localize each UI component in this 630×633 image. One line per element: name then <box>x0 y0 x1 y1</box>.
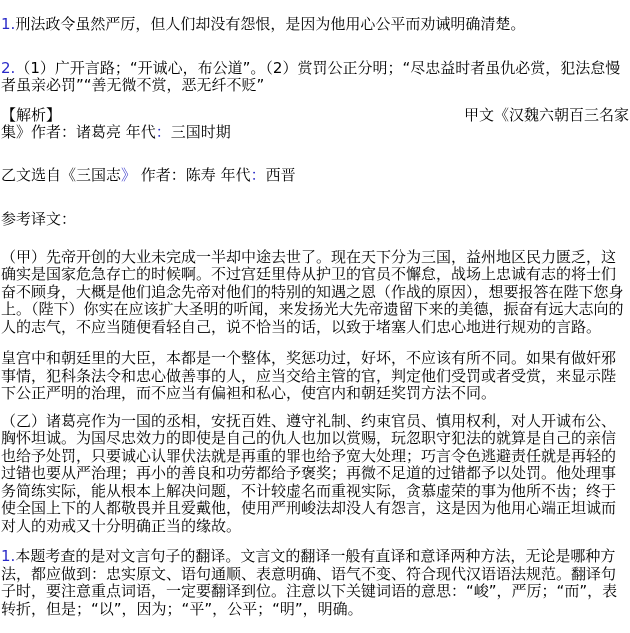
answer-1-number: 1. <box>1 15 15 33</box>
explanation-number: 1. <box>1 547 15 565</box>
document-page: 1.刑法政令虽然严厉，但人们却没有怨恨，是因为他用心公平而劝诫明确清楚。 2.（… <box>0 16 629 618</box>
analysis-label: 【解析】 <box>1 107 61 125</box>
jia-source-title-part1: 甲文《汉魏六朝百三名家 <box>464 107 629 125</box>
answer-item-2: 2.（1）广开言路；“开诚心，布公道”。（2）赏罚公正分明；“尽忠益时者虽仇必赏… <box>1 60 629 95</box>
jia-source-title-part2: 集》作者：诸葛亮 年代 <box>1 123 156 141</box>
translation-para-palace: 皇宫中和朝廷里的大臣，本都是一个整体，奖惩功过，好坏，不应该有所不同。如果有做奸… <box>1 350 629 403</box>
explanation-para: 1.本题考查的是对文言句子的翻译。文言文的翻译一般有直译和意译两种方法，无论是哪… <box>1 548 629 618</box>
translation-para-jia: （甲）先帝开创的大业未完成一半却中途去世了。现在天下分为三国，益州地区民力匮乏，… <box>1 249 629 337</box>
yi-era-colon: ： <box>251 166 266 184</box>
yi-era-value: 西晋 <box>266 166 296 184</box>
explanation-text: 本题考查的是对文言句子的翻译。文言文的翻译一般有直译和意译两种方法，无论是哪种方… <box>1 547 617 618</box>
answer-1-text: 刑法政令虽然严厉，但人们却没有怨恨，是因为他用心公平而劝诫明确清楚。 <box>15 15 525 33</box>
yi-closing-bracket: 》 <box>121 166 136 184</box>
analysis-header-row: 【解析】甲文《汉魏六朝百三名家 <box>1 107 629 125</box>
jia-source-line2: 集》作者：诸葛亮 年代：三国时期 <box>1 124 629 142</box>
answer-2-number: 2. <box>1 59 15 77</box>
yi-author: 作者：陈寿 年代 <box>136 166 251 184</box>
yi-source-line: 乙文选自《三国志》 作者：陈寿 年代：西晋 <box>1 167 629 185</box>
jia-era-value: 三国时期 <box>171 123 231 141</box>
jia-era-colon: ： <box>156 123 171 141</box>
answer-item-1: 1.刑法政令虽然严厉，但人们却没有怨恨，是因为他用心公平而劝诫明确清楚。 <box>1 16 629 34</box>
answer-2-text: （1）广开言路；“开诚心，布公道”。（2）赏罚公正分明；“尽忠益时者虽仇必赏，犯… <box>1 59 620 95</box>
yi-source-title: 乙文选自《三国志 <box>1 166 121 184</box>
translation-para-yi: （乙）诸葛亮作为一国的丞相，安抚百姓、遵守礼制、约束官员、慎用权利，对人开诚布公… <box>1 413 629 536</box>
translation-header: 参考译文： <box>1 211 629 229</box>
